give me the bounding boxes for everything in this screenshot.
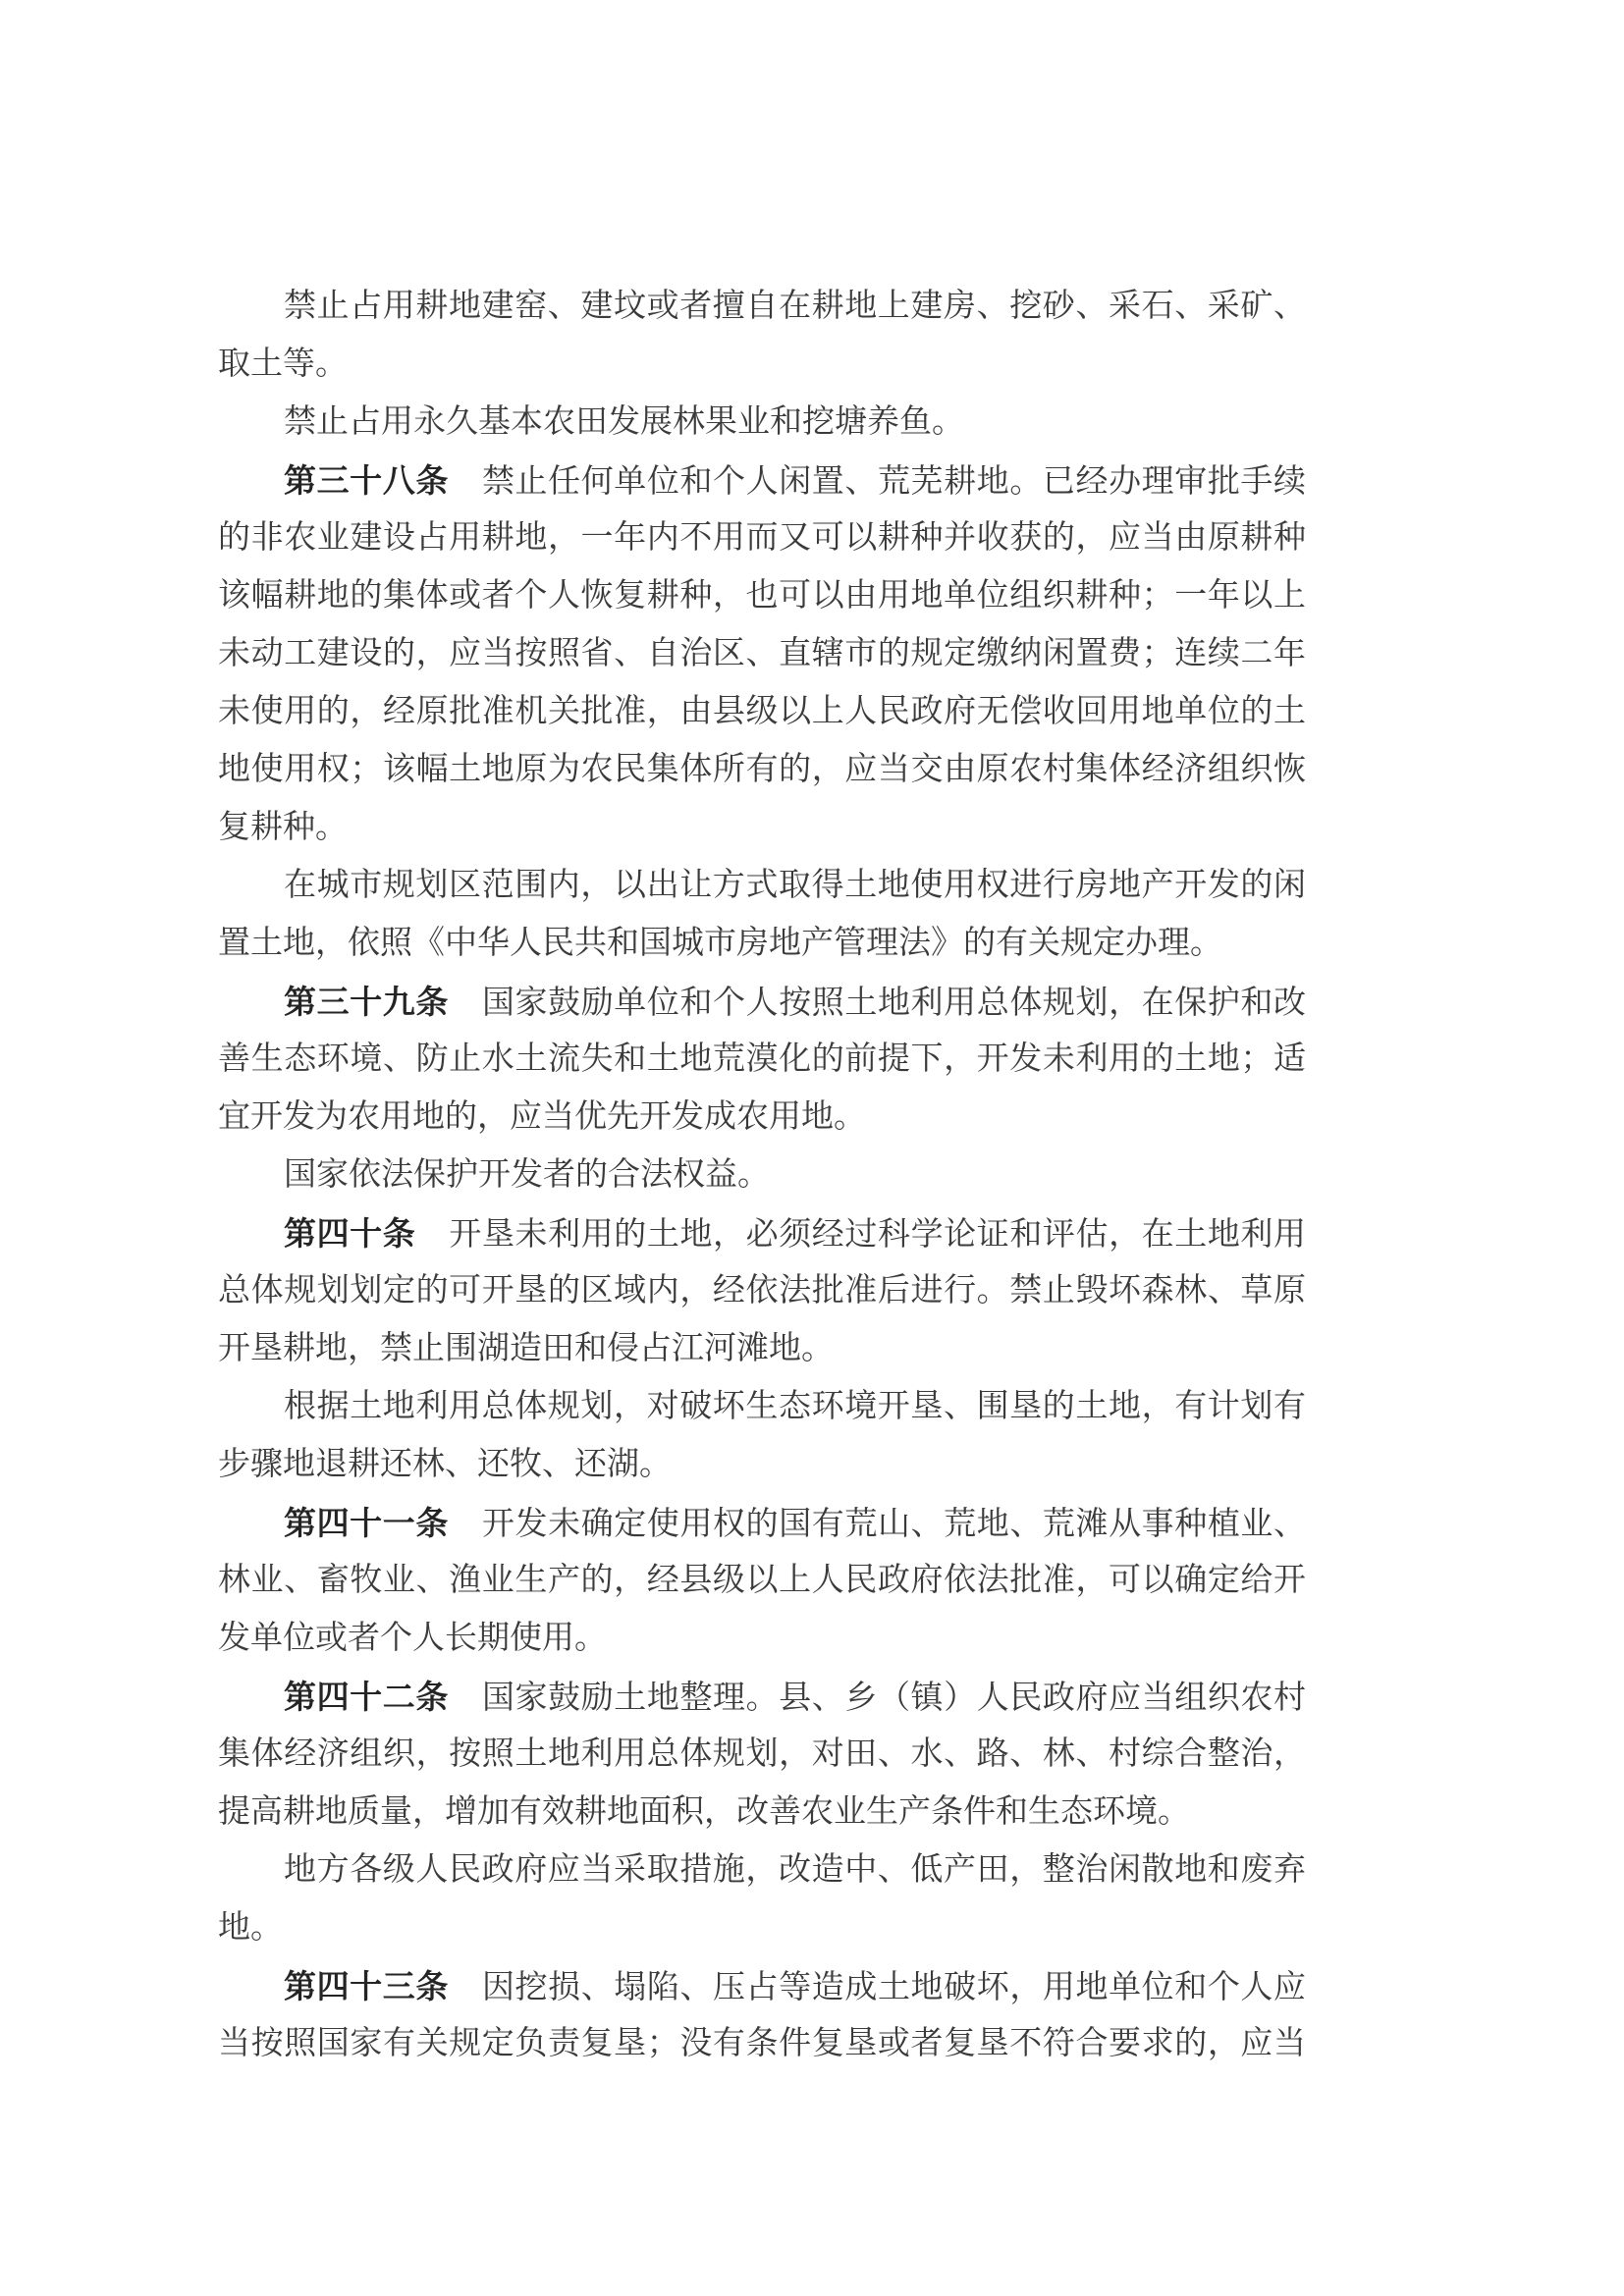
text-line: 善生态环境、防止水土流失和土地荒漠化的前提下，开发未利用的土地；适 [218,1031,1306,1089]
document-body: 禁止占用耕地建窑、建坟或者擅自在耕地上建房、挖砂、采石、采矿、取土等。禁止占用永… [218,278,1306,2073]
article-number: 第三十八条 [284,462,449,499]
text-line: 根据土地利用总体规划，对破坏生态环境开垦、围垦的土地，有计划有 [218,1378,1306,1436]
text-line: 第三十八条禁止任何单位和个人闲置、荒芜耕地。已经办理审批手续 [218,452,1306,509]
paragraph: 在城市规划区范围内，以出让方式取得土地使用权进行房地产开发的闲置土地，依照《中华… [218,857,1306,973]
text-line: 开垦耕地，禁止围湖造田和侵占江河滩地。 [218,1320,1306,1378]
line-text: 未使用的，经原批准机关批准，由县级以上人民政府无偿收回用地单位的土 [218,694,1306,729]
text-line: 禁止占用永久基本农田发展林果业和挖塘养鱼。 [218,394,1306,452]
text-line: 地使用权；该幅土地原为农民集体所有的，应当交由原农村集体经济组织恢 [218,741,1306,799]
text-line: 在城市规划区范围内，以出让方式取得土地使用权进行房地产开发的闲 [218,857,1306,915]
text-line: 第四十三条因挖损、塌陷、压占等造成土地破坏，用地单位和个人应 [218,1957,1306,2015]
text-line: 地方各级人民政府应当采取措施，改造中、低产田，整治闲散地和废弃 [218,1842,1306,1899]
text-line: 林业、畜牧业、渔业生产的，经县级以上人民政府依法批准，可以确定给开 [218,1552,1306,1610]
line-text: 提高耕地质量，增加有效耕地面积，改善农业生产条件和生态环境。 [218,1794,1190,1830]
line-text: 该幅耕地的集体或者个人恢复耕种，也可以由用地单位组织耕种；一年以上 [218,578,1306,614]
line-text: 因挖损、塌陷、压占等造成土地破坏，用地单位和个人应 [482,1970,1306,2005]
text-line: 该幅耕地的集体或者个人恢复耕种，也可以由用地单位组织耕种；一年以上 [218,567,1306,625]
text-line: 复耕种。 [218,799,1306,857]
text-line: 第四十一条开发未确定使用权的国有荒山、荒地、荒滩从事种植业、 [218,1494,1306,1552]
paragraph: 国家依法保护开发者的合法权益。 [218,1147,1306,1204]
text-line: 步骤地退耕还林、还牧、还湖。 [218,1436,1306,1494]
line-text: 当按照国家有关规定负责复垦；没有条件复垦或者复垦不符合要求的，应当 [218,2026,1306,2061]
article-number: 第四十二条 [284,1679,449,1715]
paragraph: 第四十二条国家鼓励土地整理。县、乡（镇）人民政府应当组织农村集体经济组织，按照土… [218,1668,1306,1842]
text-line: 发单位或者个人长期使用。 [218,1610,1306,1668]
line-text: 总体规划划定的可开垦的区域内，经依法批准后进行。禁止毁坏森林、草原 [218,1273,1306,1308]
paragraph: 禁止占用耕地建窑、建坟或者擅自在耕地上建房、挖砂、采石、采矿、取土等。 [218,278,1306,394]
line-text: 集体经济组织，按照土地利用总体规划，对田、水、路、林、村综合整治， [218,1736,1306,1772]
line-text: 地。 [218,1910,283,1946]
article-number: 第四十条 [284,1215,415,1252]
line-text: 地方各级人民政府应当采取措施，改造中、低产田，整治闲散地和废弃 [284,1852,1306,1888]
text-line: 集体经济组织，按照土地利用总体规划，对田、水、路、林、村综合整治， [218,1726,1306,1784]
text-line: 禁止占用耕地建窑、建坟或者擅自在耕地上建房、挖砂、采石、采矿、 [218,278,1306,336]
line-text: 发单位或者个人长期使用。 [218,1621,607,1656]
line-text: 取土等。 [218,347,348,382]
article-number: 第四十一条 [284,1505,449,1541]
text-line: 的非农业建设占用耕地，一年内不用而又可以耕种并收获的，应当由原耕种 [218,509,1306,567]
paragraph: 第三十九条国家鼓励单位和个人按照土地利用总体规划，在保护和改善生态环境、防止水土… [218,973,1306,1147]
text-line: 地。 [218,1899,1306,1957]
line-text: 善生态环境、防止水土流失和土地荒漠化的前提下，开发未利用的土地；适 [218,1041,1306,1077]
text-line: 第四十条开垦未利用的土地，必须经过科学论证和评估，在土地利用 [218,1204,1306,1262]
paragraph: 地方各级人民政府应当采取措施，改造中、低产田，整治闲散地和废弃地。 [218,1842,1306,1957]
paragraph: 第四十一条开发未确定使用权的国有荒山、荒地、荒滩从事种植业、林业、畜牧业、渔业生… [218,1494,1306,1668]
line-text: 宜开发为农用地的，应当优先开发成农用地。 [218,1099,866,1135]
line-text: 禁止占用耕地建窑、建坟或者擅自在耕地上建房、挖砂、采石、采矿、 [284,289,1306,324]
document-page: 禁止占用耕地建窑、建坟或者擅自在耕地上建房、挖砂、采石、采矿、取土等。禁止占用永… [0,0,1624,2296]
text-line: 第三十九条国家鼓励单位和个人按照土地利用总体规划，在保护和改 [218,973,1306,1031]
text-line: 国家依法保护开发者的合法权益。 [218,1147,1306,1204]
line-text: 禁止占用永久基本农田发展林果业和挖塘养鱼。 [284,404,964,440]
line-text: 地使用权；该幅土地原为农民集体所有的，应当交由原农村集体经济组织恢 [218,752,1306,787]
line-text: 禁止任何单位和个人闲置、荒芜耕地。已经办理审批手续 [482,464,1306,500]
line-text: 步骤地退耕还林、还牧、还湖。 [218,1447,672,1482]
line-text: 开垦耕地，禁止围湖造田和侵占江河滩地。 [218,1331,834,1366]
text-line: 当按照国家有关规定负责复垦；没有条件复垦或者复垦不符合要求的，应当 [218,2015,1306,2073]
paragraph: 禁止占用永久基本农田发展林果业和挖塘养鱼。 [218,394,1306,452]
paragraph: 第四十三条因挖损、塌陷、压占等造成土地破坏，用地单位和个人应当按照国家有关规定负… [218,1957,1306,2073]
line-text: 未动工建设的，应当按照省、自治区、直辖市的规定缴纳闲置费；连续二年 [218,636,1306,671]
text-line: 置土地，依照《中华人民共和国城市房地产管理法》的有关规定办理。 [218,915,1306,973]
text-line: 第四十二条国家鼓励土地整理。县、乡（镇）人民政府应当组织农村 [218,1668,1306,1726]
line-text: 开垦未利用的土地，必须经过科学论证和评估，在土地利用 [449,1217,1306,1253]
text-line: 未使用的，经原批准机关批准，由县级以上人民政府无偿收回用地单位的土 [218,683,1306,741]
paragraph: 第三十八条禁止任何单位和个人闲置、荒芜耕地。已经办理审批手续的非农业建设占用耕地… [218,452,1306,857]
line-text: 国家鼓励单位和个人按照土地利用总体规划，在保护和改 [482,986,1306,1021]
paragraph: 根据土地利用总体规划，对破坏生态环境开垦、围垦的土地，有计划有步骤地退耕还林、还… [218,1378,1306,1494]
paragraph: 第四十条开垦未利用的土地，必须经过科学论证和评估，在土地利用总体规划划定的可开垦… [218,1204,1306,1378]
article-number: 第三十九条 [284,984,449,1020]
article-number: 第四十三条 [284,1968,449,2004]
text-line: 总体规划划定的可开垦的区域内，经依法批准后进行。禁止毁坏森林、草原 [218,1262,1306,1320]
line-text: 复耕种。 [218,810,348,845]
line-text: 国家鼓励土地整理。县、乡（镇）人民政府应当组织农村 [482,1681,1306,1716]
line-text: 置土地，依照《中华人民共和国城市房地产管理法》的有关规定办理。 [218,926,1222,961]
text-line: 未动工建设的，应当按照省、自治区、直辖市的规定缴纳闲置费；连续二年 [218,625,1306,683]
line-text: 开发未确定使用权的国有荒山、荒地、荒滩从事种植业、 [482,1507,1306,1542]
line-text: 国家依法保护开发者的合法权益。 [284,1157,770,1193]
line-text: 在城市规划区范围内，以出让方式取得土地使用权进行房地产开发的闲 [284,868,1306,903]
text-line: 宜开发为农用地的，应当优先开发成农用地。 [218,1089,1306,1147]
text-line: 提高耕地质量，增加有效耕地面积，改善农业生产条件和生态环境。 [218,1784,1306,1842]
text-line: 取土等。 [218,336,1306,394]
line-text: 根据土地利用总体规划，对破坏生态环境开垦、围垦的土地，有计划有 [284,1389,1306,1424]
line-text: 林业、畜牧业、渔业生产的，经县级以上人民政府依法批准，可以确定给开 [218,1563,1306,1598]
line-text: 的非农业建设占用耕地，一年内不用而又可以耕种并收获的，应当由原耕种 [218,520,1306,556]
